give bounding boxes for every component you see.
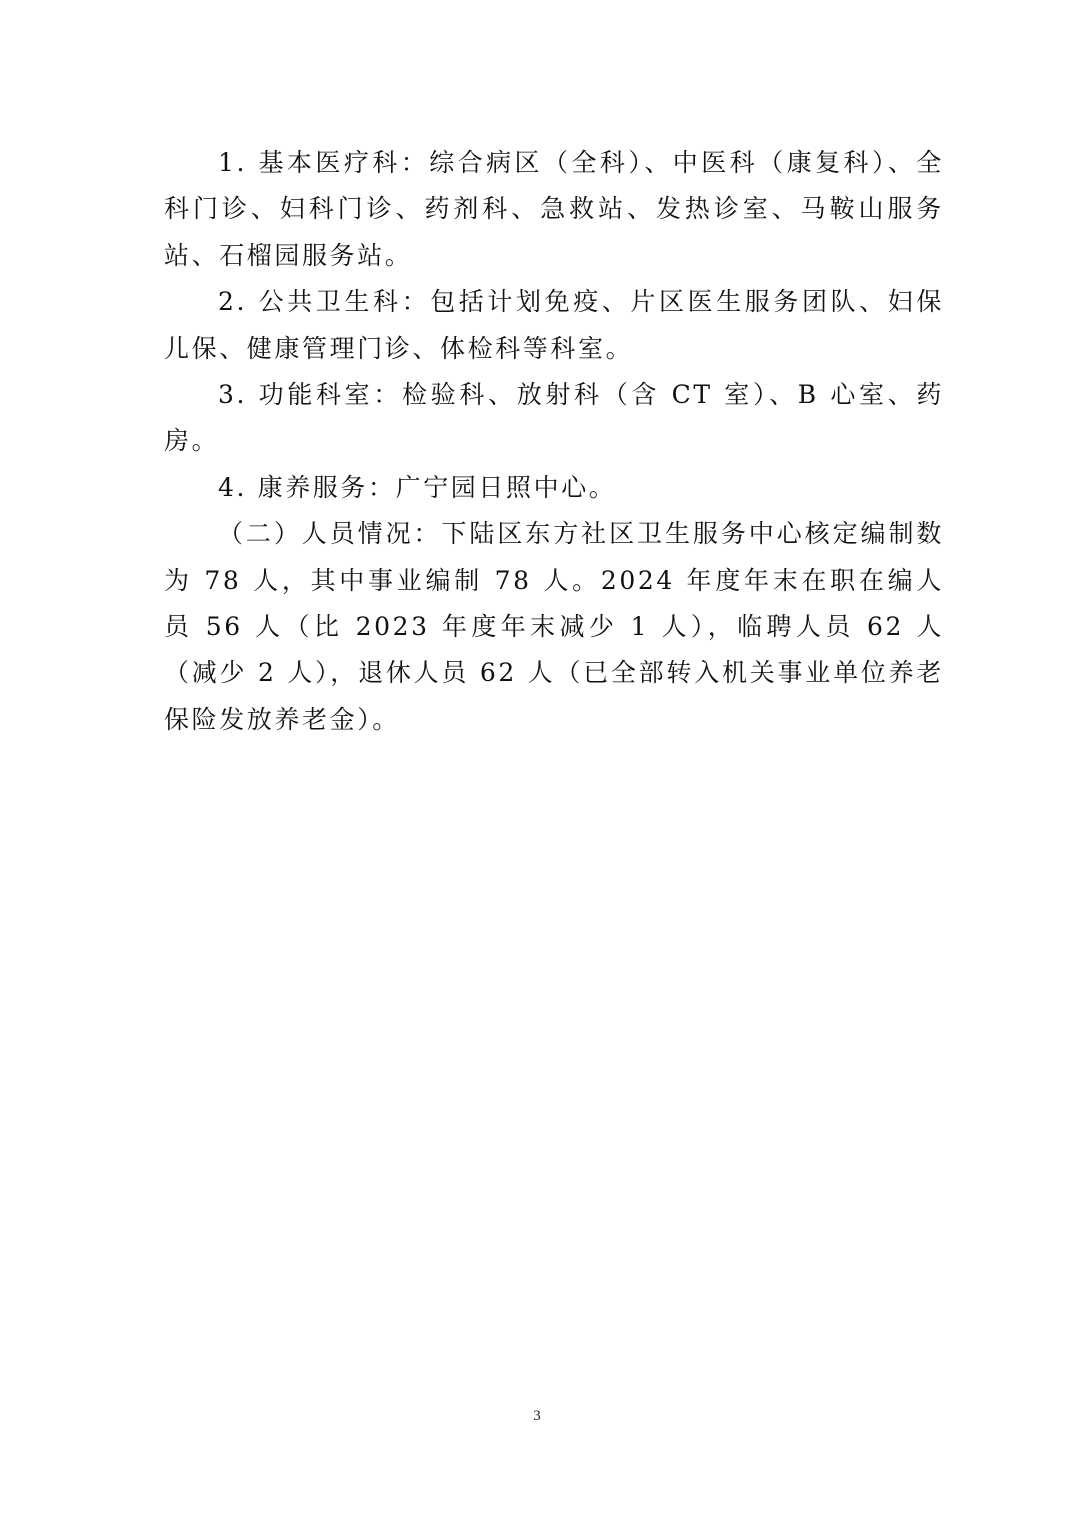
paragraph-elderly-care: 4. 康养服务：广宁园日照中心。	[164, 465, 944, 511]
document-page: 1. 基本医疗科：综合病区（全科）、中医科（康复科）、全科门诊、妇科门诊、药剂科…	[0, 0, 1074, 1520]
paragraph-basic-medical: 1. 基本医疗科：综合病区（全科）、中医科（康复科）、全科门诊、妇科门诊、药剂科…	[164, 140, 944, 279]
page-number: 3	[0, 1408, 1074, 1425]
paragraph-staffing: （二）人员情况：下陆区东方社区卫生服务中心核定编制数为 78 人，其中事业编制 …	[164, 511, 944, 743]
paragraph-functional-departments: 3. 功能科室：检验科、放射科（含 CT 室）、B 心室、药房。	[164, 372, 944, 465]
paragraph-public-health: 2. 公共卫生科：包括计划免疫、片区医生服务团队、妇保儿保、健康管理门诊、体检科…	[164, 279, 944, 372]
document-body: 1. 基本医疗科：综合病区（全科）、中医科（康复科）、全科门诊、妇科门诊、药剂科…	[164, 140, 944, 743]
